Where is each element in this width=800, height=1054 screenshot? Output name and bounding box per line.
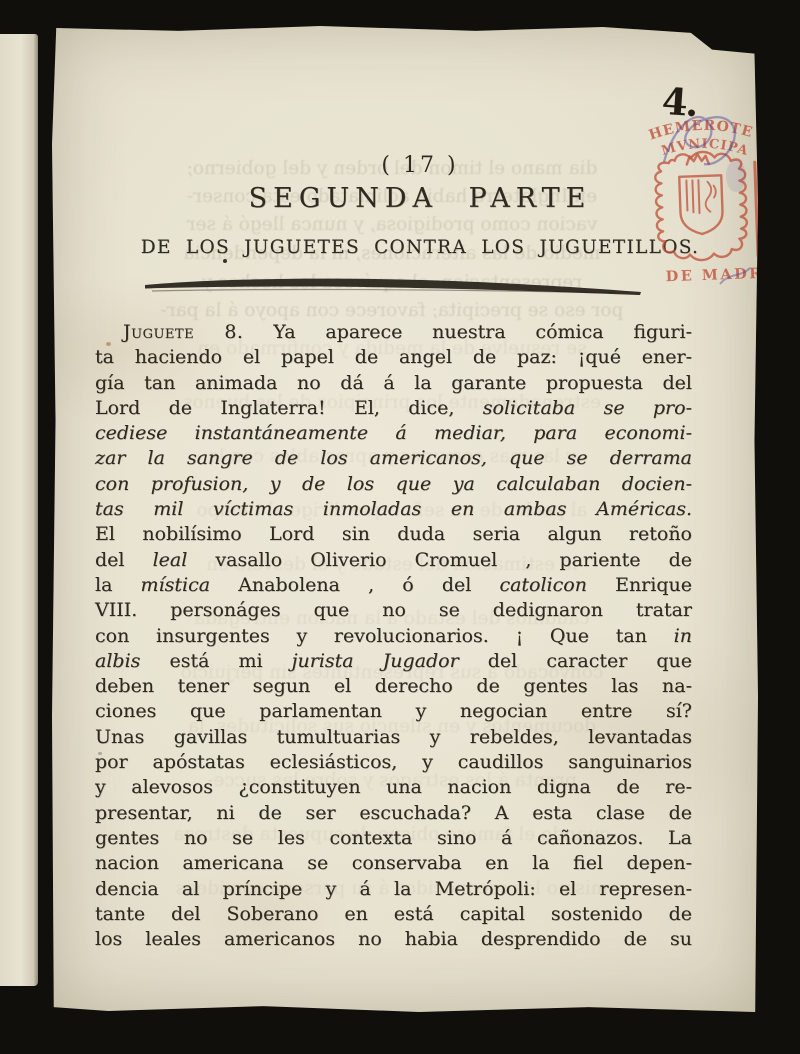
text-segment: nacion americana se conservaba en la fie… — [95, 852, 692, 874]
paper-fleck — [98, 752, 102, 755]
text-segment: presentar, ni de ser escuchada? A esta c… — [95, 802, 692, 824]
text-segment: la — [95, 574, 141, 596]
text-segment: vasallo Oliverio Cromuel , pariente de — [187, 549, 692, 571]
text-line: por apóstatas eclesiásticos, y caudillos… — [95, 750, 692, 775]
text-line: albis está mi jurista Jugador del caract… — [95, 649, 692, 674]
text-segment: Lord de Inglaterra! El, dice, — [95, 397, 483, 419]
section-title: SEGUNDA PARTE — [120, 183, 720, 214]
text-line: nacion americana se conservaba en la fie… — [95, 851, 692, 876]
scanned-page: dia mano el timon del orden y del gobier… — [52, 26, 758, 1012]
scanned-document-view: dia mano el timon del orden y del gobier… — [0, 0, 800, 1054]
page-number: ( 17 ) — [120, 153, 720, 178]
text-segment: por apóstatas eclesiásticos, y caudillos… — [95, 751, 692, 773]
bleedthrough-line: vacion como prodigiosa, y nunca llegó á … — [92, 214, 692, 235]
text-line: ta haciendo el papel de angel de paz: ¡q… — [95, 345, 692, 370]
text-line: dencia al príncipe y á la Metrópoli: el … — [95, 877, 692, 902]
text-segment: del caracter que — [459, 650, 692, 672]
body-text: Juguete 8. Ya aparece nuestra cómica fig… — [95, 320, 692, 952]
text-segment: catolicon — [499, 574, 587, 596]
text-line: zar la sangre de los americanos, que se … — [95, 446, 692, 471]
text-segment: Ya aparece nuestra cómica figuri- — [243, 321, 692, 343]
text-segment: solicitaba se pro- — [483, 397, 692, 419]
text-line: con insurgentes y revolucionarios. ¡ Que… — [95, 624, 692, 649]
ink-dot — [223, 259, 227, 263]
ornamental-swelled-rule — [142, 276, 644, 298]
text-segment: albis — [95, 650, 140, 672]
text-line: deben tener segun el derecho de gentes l… — [95, 674, 692, 699]
text-segment: Enrique — [587, 574, 692, 596]
text-line: cediese instantáneamente á mediar, para … — [95, 421, 692, 446]
text-line: del leal vasallo Oliverio Cromuel , pari… — [95, 548, 692, 573]
text-segment: y alevosos ¿constituyen una nacion digna… — [95, 776, 692, 798]
text-line: la mística Anabolena , ó del catolicon E… — [95, 573, 692, 598]
text-line: Juguete 8. Ya aparece nuestra cómica fig… — [95, 320, 692, 345]
text-line: con profusion, y de los que ya calculaba… — [95, 472, 692, 497]
text-segment: los leales americanos no habia desprendi… — [95, 928, 692, 950]
text-segment: Unas gavillas tumultuarias y rebeldes, l… — [95, 726, 692, 748]
text-segment: ta haciendo el papel de angel de paz: ¡q… — [95, 346, 692, 368]
text-line: tante del Soberano en está capital soste… — [95, 902, 692, 927]
text-segment: cediese instantáneamente á mediar, para … — [95, 422, 692, 444]
bleedthrough-line: por eso se precipita; favorece con apoyo… — [92, 300, 692, 321]
text-segment: gía tan animada no dá á la garante propu… — [95, 372, 692, 394]
text-segment: con profusion, y de los que ya calculaba… — [95, 473, 692, 495]
text-line: VIII. personáges que no se dedignaron tr… — [95, 598, 692, 623]
text-line: los leales americanos no habia desprendi… — [95, 927, 692, 952]
text-segment: zar la sangre de los americanos, que se … — [95, 447, 692, 469]
text-segment: tante del Soberano en está capital soste… — [95, 903, 692, 925]
text-segment: mística — [141, 574, 211, 596]
text-segment: tas mil víctimas inmoladas en ambas Amér… — [95, 498, 692, 520]
text-line: tas mil víctimas inmoladas en ambas Amér… — [95, 497, 692, 522]
text-segment: deben tener segun el derecho de gentes l… — [95, 675, 692, 697]
text-segment: Juguete 8. — [123, 321, 243, 343]
text-segment: dencia al príncipe y á la Metrópoli: el … — [95, 878, 692, 900]
ink-flourish — [716, 264, 756, 290]
text-segment: gentes no se les contexta sino á cañonaz… — [95, 827, 692, 849]
text-line: y alevosos ¿constituyen una nacion digna… — [95, 775, 692, 800]
text-segment: del — [95, 549, 153, 571]
ink-scribble — [644, 88, 762, 200]
text-line: El nobilísimo Lord sin duda seria algun … — [95, 522, 692, 547]
adjacent-page-edge — [0, 34, 38, 986]
text-line: Lord de Inglaterra! El, dice, solicitaba… — [95, 396, 692, 421]
text-segment: El nobilísimo Lord sin duda seria algun … — [95, 523, 692, 545]
text-segment: jurista Jugador — [292, 650, 459, 672]
text-segment: VIII. personáges que no se dedignaron tr… — [95, 599, 692, 621]
text-line: gía tan animada no dá á la garante propu… — [95, 371, 692, 396]
text-line: Unas gavillas tumultuarias y rebeldes, l… — [95, 725, 692, 750]
text-segment: con insurgentes y revolucionarios. ¡ Que… — [95, 625, 674, 647]
text-segment: Anabolena , ó del — [210, 574, 499, 596]
text-segment: in — [674, 625, 692, 647]
text-segment: ciones que parlamentan y negocian entre … — [95, 700, 692, 722]
section-subtitle: DE LOS JUGUETES CONTRA LOS JUGUETILLOS. — [120, 237, 720, 258]
text-line: ciones que parlamentan y negocian entre … — [95, 699, 692, 724]
text-line: presentar, ni de ser escuchada? A esta c… — [95, 801, 692, 826]
text-segment: está mi — [140, 650, 291, 672]
text-segment: leal — [153, 549, 188, 571]
text-line: gentes no se les contexta sino á cañonaz… — [95, 826, 692, 851]
paper-fleck — [106, 342, 111, 346]
